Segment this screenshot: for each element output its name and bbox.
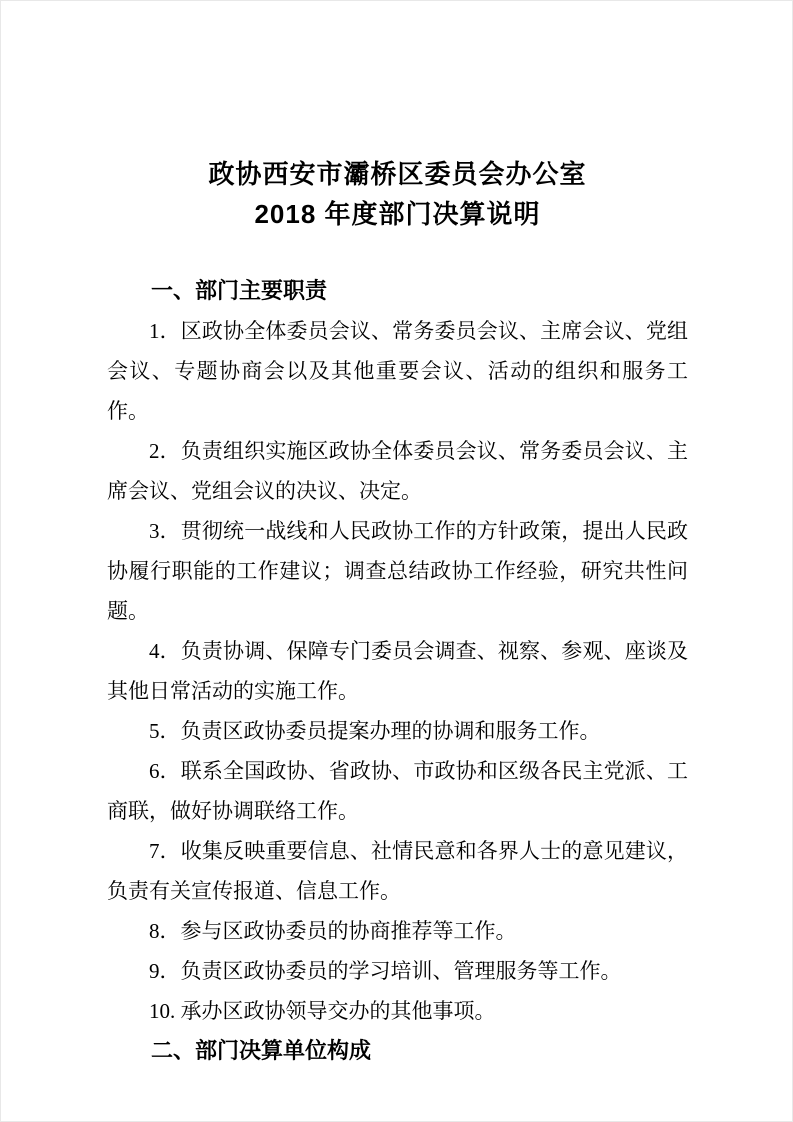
document-title-line2: 2018 年度部门决算说明 xyxy=(107,194,688,234)
duty-item-6: 6．联系全国政协、省政协、市政协和区级各民主党派、工商联，做好协调联络工作。 xyxy=(107,751,688,831)
section-heading-main-duties: 一、部门主要职责 xyxy=(107,271,688,311)
duty-item-7: 7．收集反映重要信息、社情民意和各界人士的意见建议，负责有关宣传报道、信息工作。 xyxy=(107,831,688,911)
section-heading-budget-units: 二、部门决算单位构成 xyxy=(107,1031,688,1071)
duty-item-3: 3．贯彻统一战线和人民政协工作的方针政策，提出人民政协履行职能的工作建议；调查总… xyxy=(107,511,688,631)
duty-item-5: 5．负责区政协委员提案办理的协调和服务工作。 xyxy=(107,711,688,751)
duty-item-10: 10. 承办区政协领导交办的其他事项。 xyxy=(107,991,688,1031)
duty-item-2: 2．负责组织实施区政协全体委员会议、常务委员会议、主席会议、党组会议的决议、决定… xyxy=(107,431,688,511)
duty-item-4: 4．负责协调、保障专门委员会调查、视察、参观、座谈及其他日常活动的实施工作。 xyxy=(107,631,688,711)
duty-item-9: 9．负责区政协委员的学习培训、管理服务等工作。 xyxy=(107,951,688,991)
duty-item-8: 8．参与区政协委员的协商推荐等工作。 xyxy=(107,911,688,951)
document-page: 政协西安市灞桥区委员会办公室 2018 年度部门决算说明 一、部门主要职责 1．… xyxy=(0,0,793,1122)
document-title-line1: 政协西安市灞桥区委员会办公室 xyxy=(107,154,688,194)
duty-item-1: 1．区政协全体委员会议、常务委员会议、主席会议、党组会议、专题协商会以及其他重要… xyxy=(107,311,688,431)
